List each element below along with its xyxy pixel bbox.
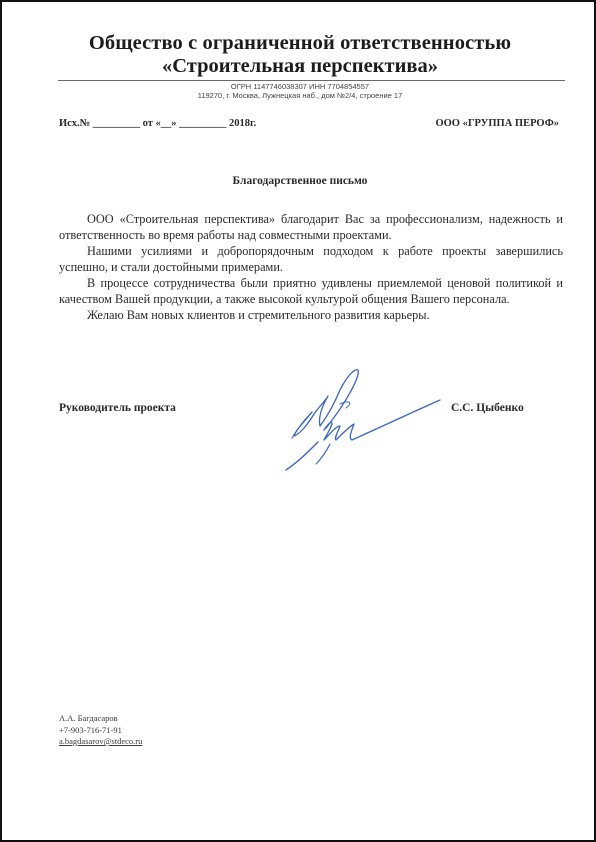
registration-numbers: ОГРН 1147746038307 ИНН 7704854557 — [2, 82, 596, 91]
body-paragraph: Нашими усилиями и добропорядочным подход… — [59, 243, 563, 275]
company-address: 119270, г. Москва, Лужнецкая наб., дом №… — [2, 91, 596, 100]
company-name-line2: «Строительная перспектива» — [2, 55, 596, 78]
contact-person: А.А. Багдасаров — [59, 713, 142, 725]
body-paragraph: Желаю Вам новых клиентов и стремительног… — [59, 307, 563, 323]
contact-block: А.А. Багдасаров +7-903-716-71-91 a.bagda… — [59, 713, 142, 748]
company-name-line1: Общество с ограниченной ответственностью — [2, 32, 596, 55]
recipient-name: ООО «ГРУППА ПЕРОФ» — [435, 118, 559, 129]
body-paragraph: В процессе сотрудничества были приятно у… — [59, 275, 563, 307]
contact-email-link[interactable]: a.bagdasarov@stdeco.ru — [59, 736, 142, 748]
outgoing-reference: Исх.№ _________ от «__» _________ 2018г. — [59, 118, 256, 129]
signer-role: Руководитель проекта — [59, 402, 176, 414]
signature-icon — [274, 364, 444, 472]
document-page: Общество с ограниченной ответственностью… — [0, 0, 596, 842]
letterhead-divider — [58, 80, 565, 81]
letter-title: Благодарственное письмо — [2, 175, 596, 187]
contact-phone: +7-903-716-71-91 — [59, 725, 142, 737]
letter-body: ООО «Строительная перспектива» благодари… — [59, 211, 563, 323]
body-paragraph: ООО «Строительная перспектива» благодари… — [59, 211, 563, 243]
signer-name: С.С. Цыбенко — [451, 402, 524, 414]
